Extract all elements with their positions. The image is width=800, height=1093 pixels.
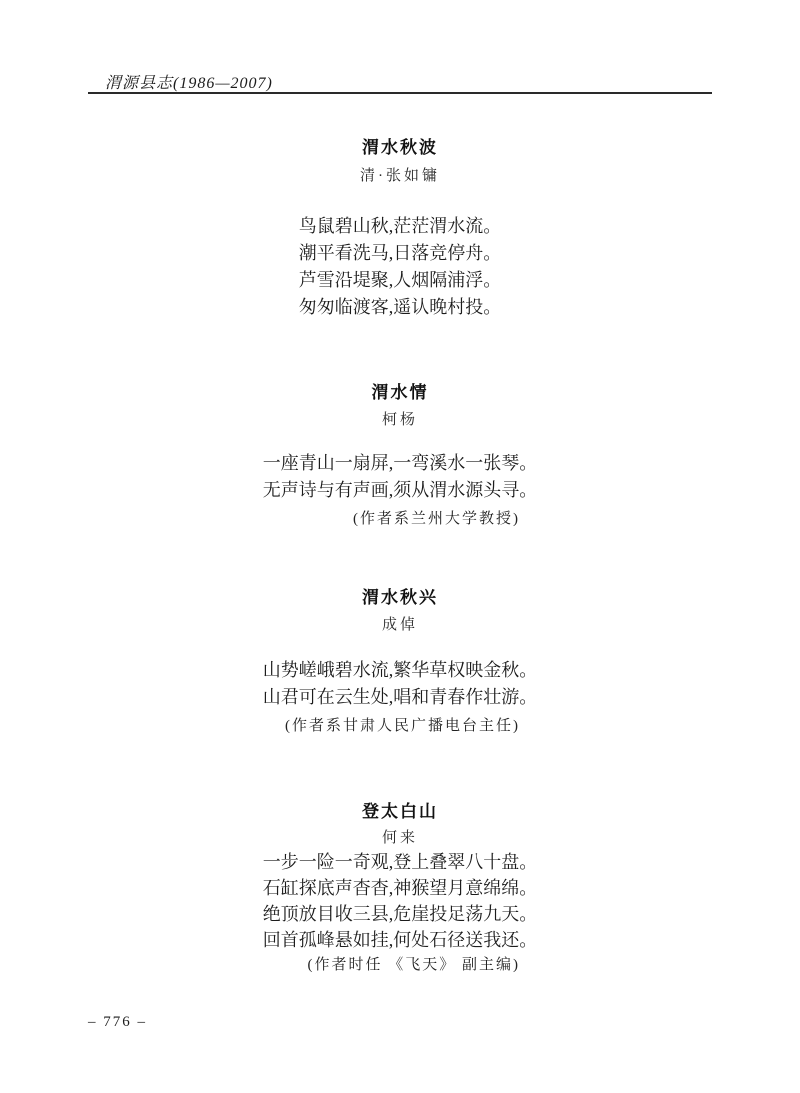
poem-line: 一步一险一奇观,登上叠翠八十盘。 bbox=[0, 849, 800, 875]
page-header-title: 渭源县志(1986—2007) bbox=[105, 70, 273, 93]
poem-attribution: (作者系兰州大学教授) bbox=[0, 507, 800, 528]
poem-body: 鸟鼠碧山秋,茫茫渭水流。 潮平看洗马,日落竞停舟。 芦雪沿堤聚,人烟隔浦浮。 匆… bbox=[0, 213, 800, 321]
poem-author: 成倬 bbox=[0, 613, 800, 634]
poem-line: 无声诗与有声画,须从渭水源头寻。 bbox=[0, 477, 800, 504]
poem-attribution: (作者系甘肃人民广播电台主任) bbox=[0, 714, 800, 735]
poem-author: 清·张如镛 bbox=[0, 164, 800, 185]
poem-title: 渭水秋波 bbox=[0, 133, 800, 158]
poem-line: 石缸探底声杳杳,神猴望月意绵绵。 bbox=[0, 875, 800, 901]
poem-line: 山势嵯峨碧水流,繁华草权映金秋。 bbox=[0, 657, 800, 684]
poem-author: 柯杨 bbox=[0, 408, 800, 429]
poem-body: 山势嵯峨碧水流,繁华草权映金秋。 山君可在云生处,唱和青春作壮游。 bbox=[0, 657, 800, 711]
poem-title: 渭水秋兴 bbox=[0, 583, 800, 608]
poem-body: 一步一险一奇观,登上叠翠八十盘。 石缸探底声杳杳,神猴望月意绵绵。 绝顶放目收三… bbox=[0, 849, 800, 953]
poem-line: 匆匆临渡客,遥认晚村投。 bbox=[0, 294, 800, 321]
poem-line: 一座青山一扇屏,一弯溪水一张琴。 bbox=[0, 450, 800, 477]
poem-body: 一座青山一扇屏,一弯溪水一张琴。 无声诗与有声画,须从渭水源头寻。 bbox=[0, 450, 800, 504]
book-page: 渭源县志(1986—2007) 渭水秋波 清·张如镛 鸟鼠碧山秋,茫茫渭水流。 … bbox=[0, 0, 800, 1093]
poem-title: 渭水情 bbox=[0, 378, 800, 403]
poem-line: 鸟鼠碧山秋,茫茫渭水流。 bbox=[0, 213, 800, 240]
poem-line: 绝顶放目收三县,危崖投足荡九天。 bbox=[0, 901, 800, 927]
poem-line: 潮平看洗马,日落竞停舟。 bbox=[0, 240, 800, 267]
poem-line: 山君可在云生处,唱和青春作壮游。 bbox=[0, 684, 800, 711]
poem-author: 何来 bbox=[0, 826, 800, 847]
poem-attribution: (作者时任 《飞天》 副主编) bbox=[0, 953, 800, 974]
page-number: – 776 – bbox=[88, 1014, 147, 1031]
poem-line: 芦雪沿堤聚,人烟隔浦浮。 bbox=[0, 267, 800, 294]
poem-line: 回首孤峰悬如挂,何处石径送我还。 bbox=[0, 927, 800, 953]
poem-title: 登太白山 bbox=[0, 797, 800, 822]
header-rule bbox=[88, 92, 712, 94]
